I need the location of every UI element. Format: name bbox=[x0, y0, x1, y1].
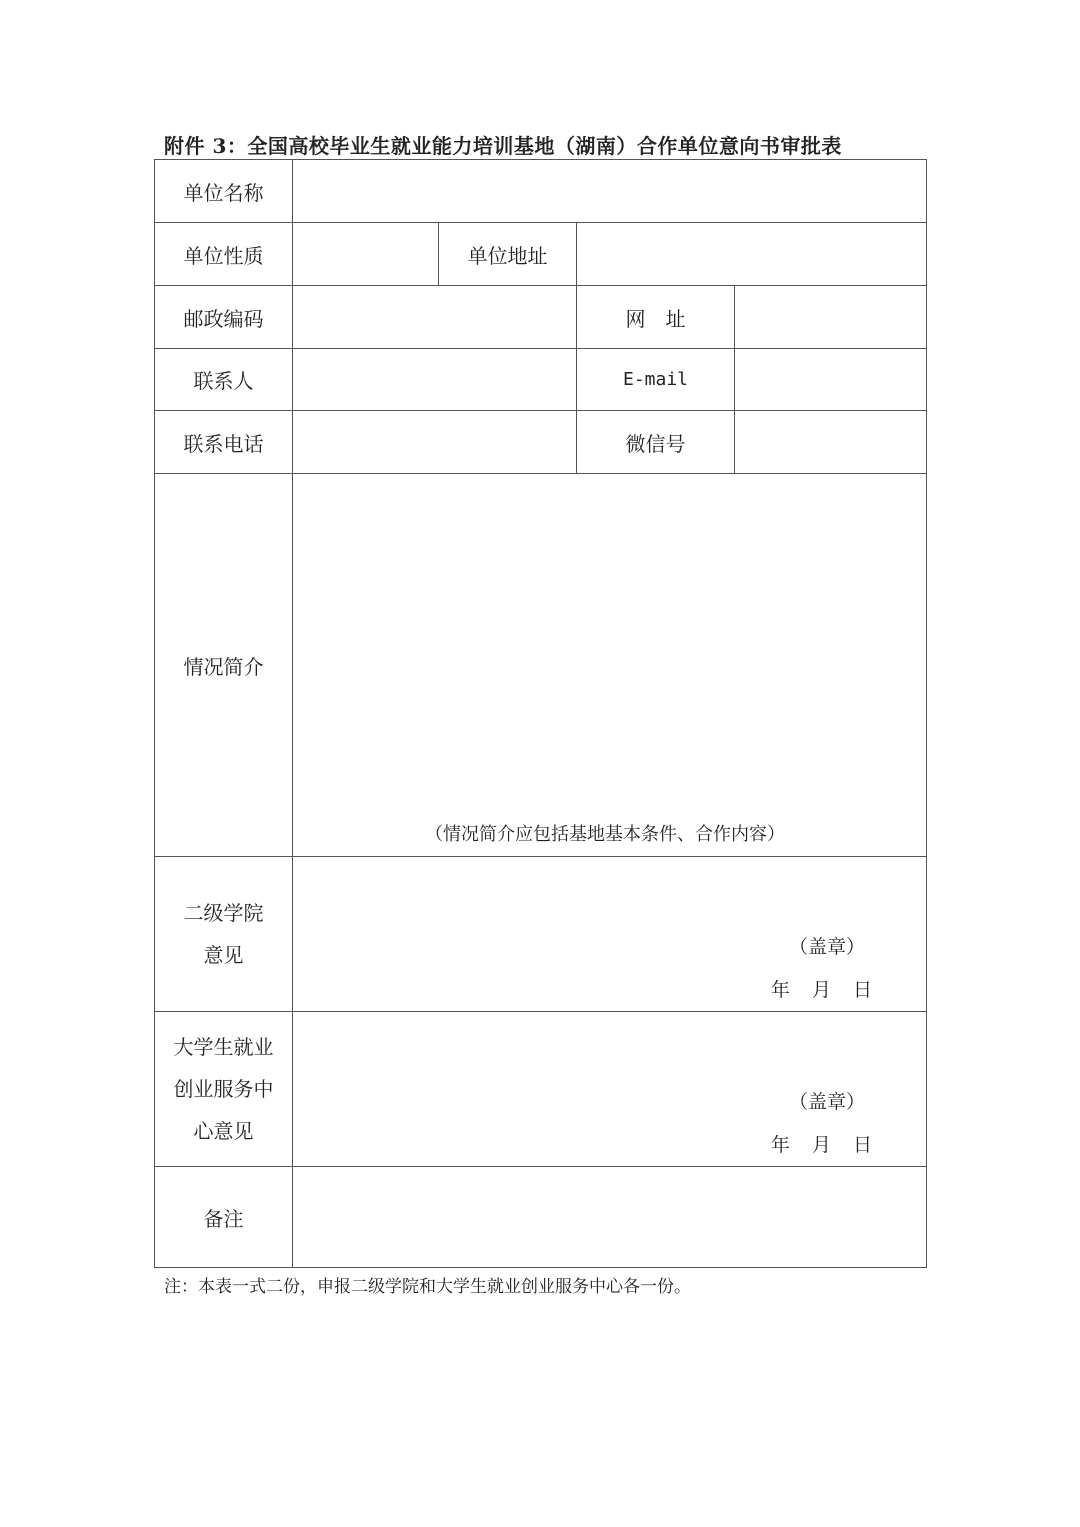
unit-address-field[interactable] bbox=[577, 223, 927, 286]
contact-person-field[interactable] bbox=[293, 349, 577, 411]
label-unit-name: 单位名称 bbox=[155, 160, 293, 223]
wechat-field[interactable] bbox=[735, 411, 927, 474]
remarks-field[interactable] bbox=[293, 1167, 927, 1268]
label-phone: 联系电话 bbox=[155, 411, 293, 474]
label-center-opinion-line2: 创业服务中 bbox=[174, 1068, 274, 1110]
label-center-opinion-line1: 大学生就业 bbox=[174, 1026, 274, 1068]
footnote: 注：本表一式二份，申报二级学院和大学生就业创业服务中心各一份。 bbox=[164, 1272, 691, 1297]
approval-form-table: 单位名称 单位性质 单位地址 邮政编码 网 址 联系人 E-mail 联系电话 … bbox=[154, 159, 927, 1268]
unit-nature-field[interactable] bbox=[293, 223, 439, 286]
college-opinion-field[interactable]: （盖章） 年 月 日 bbox=[293, 857, 927, 1012]
label-college-opinion-line2: 意见 bbox=[204, 934, 244, 976]
document-title: 附件 3：全国高校毕业生就业能力培训基地（湖南）合作单位意向书审批表 bbox=[164, 130, 842, 159]
unit-name-field[interactable] bbox=[293, 160, 927, 223]
label-remarks: 备注 bbox=[155, 1167, 293, 1268]
label-wechat: 微信号 bbox=[577, 411, 735, 474]
label-postal-code: 邮政编码 bbox=[155, 286, 293, 349]
college-seal-label: （盖章） bbox=[789, 932, 865, 959]
label-contact-person: 联系人 bbox=[155, 349, 293, 411]
label-unit-nature: 单位性质 bbox=[155, 223, 293, 286]
label-center-opinion-line3: 心意见 bbox=[194, 1110, 254, 1152]
email-field[interactable] bbox=[735, 349, 927, 411]
center-seal-label: （盖章） bbox=[789, 1087, 865, 1114]
label-college-opinion: 二级学院 意见 bbox=[155, 857, 293, 1012]
center-date-label: 年 月 日 bbox=[771, 1130, 872, 1157]
postal-code-field[interactable] bbox=[293, 286, 577, 349]
label-unit-address: 单位地址 bbox=[439, 223, 577, 286]
label-center-opinion: 大学生就业 创业服务中 心意见 bbox=[155, 1012, 293, 1167]
phone-field[interactable] bbox=[293, 411, 577, 474]
center-opinion-field[interactable]: （盖章） 年 月 日 bbox=[293, 1012, 927, 1167]
website-field[interactable] bbox=[735, 286, 927, 349]
label-website: 网 址 bbox=[577, 286, 735, 349]
label-email: E-mail bbox=[577, 349, 735, 411]
label-introduction: 情况简介 bbox=[155, 474, 293, 857]
label-college-opinion-line1: 二级学院 bbox=[184, 892, 264, 934]
introduction-hint: （情况简介应包括基地基本条件、合作内容） bbox=[425, 820, 785, 846]
introduction-field[interactable]: （情况简介应包括基地基本条件、合作内容） bbox=[293, 474, 927, 857]
college-date-label: 年 月 日 bbox=[771, 975, 872, 1002]
